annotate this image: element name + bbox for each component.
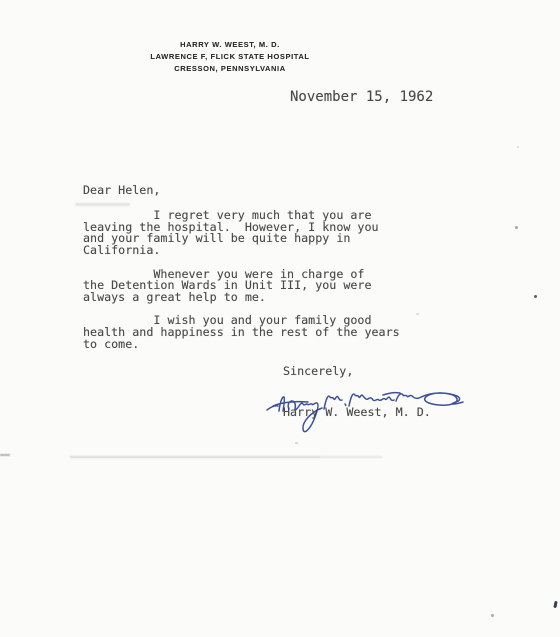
date-line: November 15, 1962 (290, 90, 433, 104)
scan-speck (416, 313, 419, 315)
letter-body: I regret very much that you are leaving … (83, 210, 400, 350)
scan-streak (0, 454, 10, 456)
scan-speck (553, 601, 557, 608)
letterhead-location: CRESSON, PENNSYLVANIA (80, 63, 380, 75)
letterhead-block: HARRY W. WEEST, M. D. LAWRENCE F, FLICK … (80, 39, 380, 75)
scan-speck (295, 442, 298, 444)
scan-streak (320, 456, 382, 458)
scan-streak (70, 456, 320, 458)
scan-speck (534, 295, 537, 298)
letter-page: HARRY W. WEEST, M. D. LAWRENCE F, FLICK … (0, 0, 560, 637)
scan-speck (491, 614, 494, 617)
scan-speck (517, 146, 519, 148)
scan-speck (515, 226, 518, 229)
salutation: Dear Helen, (83, 185, 160, 197)
letterhead-institution: LAWRENCE F, FLICK STATE HOSPITAL (80, 51, 380, 63)
closing: Sincerely, (283, 366, 353, 378)
scan-smudge (75, 203, 130, 206)
handwritten-signature-icon (262, 383, 467, 441)
letterhead-name: HARRY W. WEEST, M. D. (80, 39, 380, 51)
